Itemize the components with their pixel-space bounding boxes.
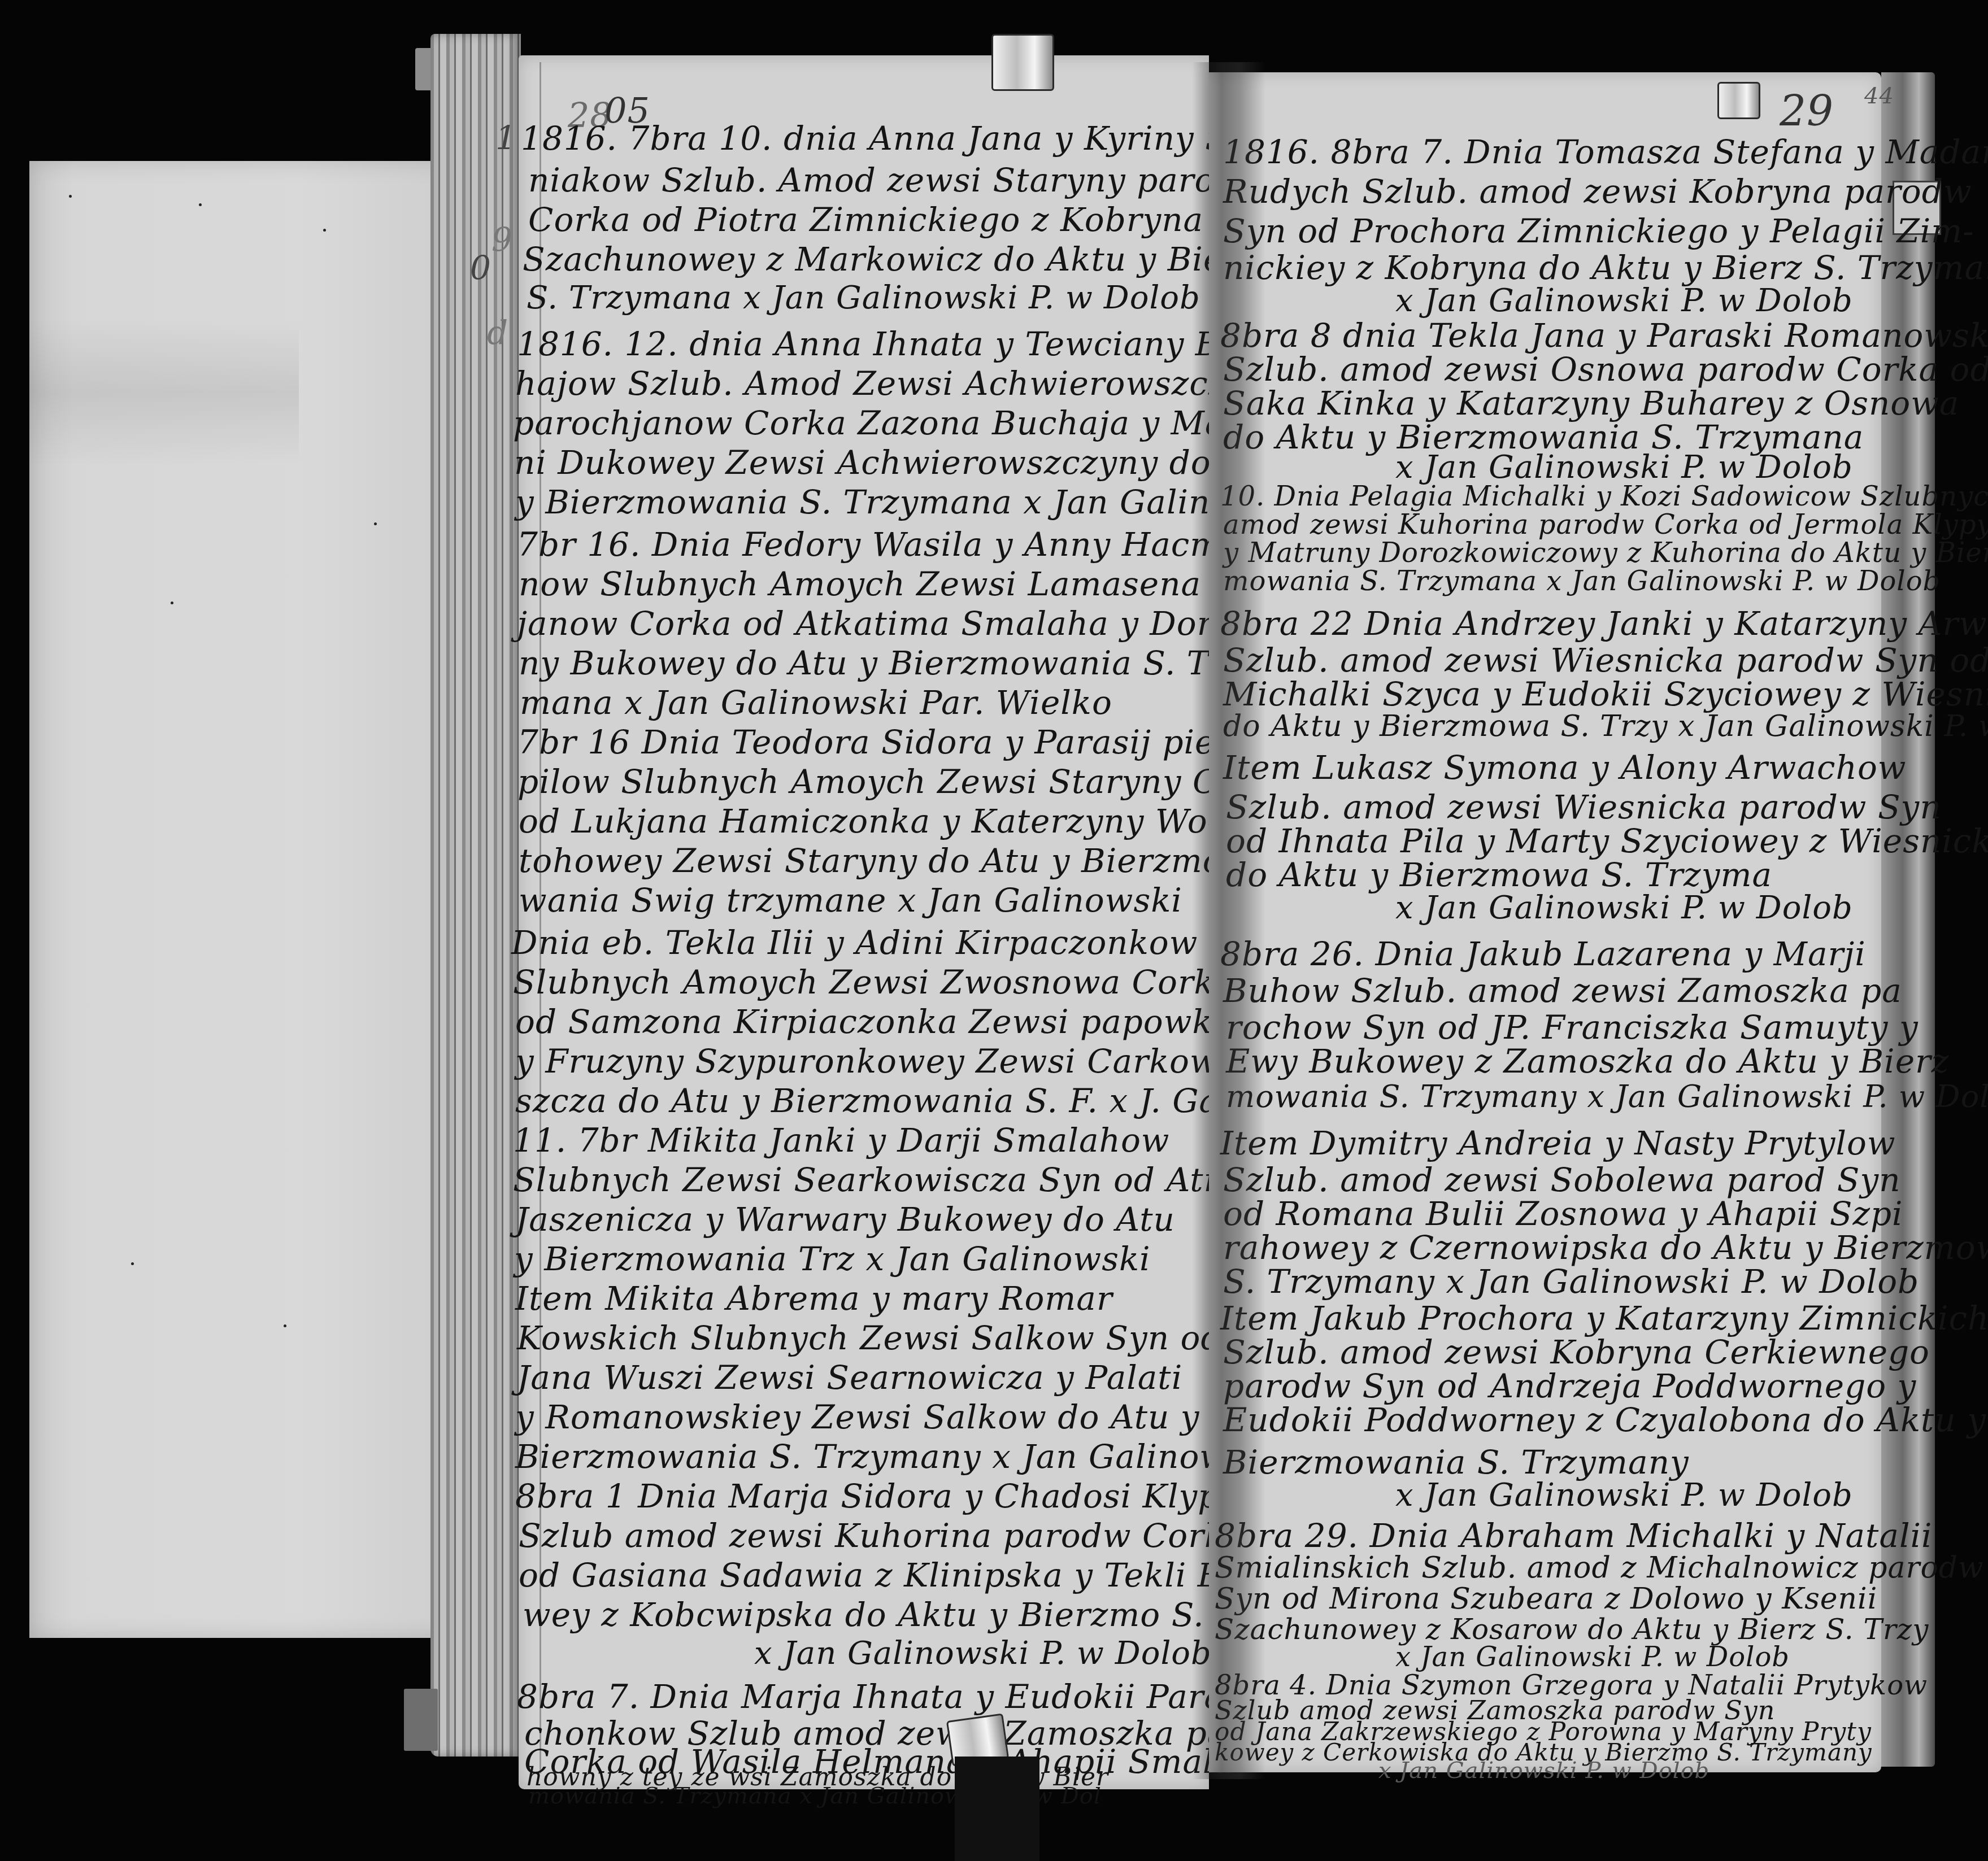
folio-ink-number: 29 <box>1780 90 1834 132</box>
text-line: Item Dymitry Andreia y Nasty Prytylow <box>1220 1127 1896 1160</box>
text-line: od Samzona Kirpiaczonka Zewsi papowki <box>515 1005 1224 1038</box>
text-line: Item Jakub Prochora y Katarzyny Zimnicki… <box>1220 1302 1988 1335</box>
text-line: Rudych Szlub. amod zewsi Kobryna parodw <box>1223 175 1972 208</box>
text-line: Szlub. amod zewsi Osnowa parodw Corka od <box>1223 353 1988 386</box>
text-line: Dnia eb. Tekla Ilii y Adini Kirpaczonkow <box>511 926 1198 959</box>
text-line: janow Corka od Atkatima Smalaha y Dom <box>517 607 1229 640</box>
text-line: 8bra 7. Dnia Marja Ihnata y Eudokii Para <box>517 1680 1224 1713</box>
blank-loose-slip <box>29 161 478 1638</box>
text-line: 7br 16 Dnia Teodora Sidora y Parasij pie <box>517 726 1215 759</box>
text-line: x Jan Galinowski P. w Dolob <box>1395 1644 1790 1671</box>
text-line: niakow Szlub. Amod zewsi Staryny parodw <box>528 164 1265 197</box>
text-line: Eudokii Poddworney z Czyalobona do Aktu … <box>1223 1404 1986 1436</box>
paper-speck <box>199 203 202 206</box>
text-line: Saka Kinka y Katarzyny Buharey z Osnowa <box>1223 387 1959 420</box>
margin-mark: 9 <box>491 223 513 256</box>
text-line: x Jan Galinowski P. w Dolob <box>1395 285 1853 317</box>
text-line: Szachunowey z Kosarow do Aktu y Bierz S.… <box>1215 1615 1929 1644</box>
metal-clip-icon <box>1717 82 1760 119</box>
text-line: od Lukjana Hamiczonka y Katerzyny Wo- <box>519 805 1219 838</box>
text-line: x Jan Galinowski P. w Dolob <box>1395 1480 1853 1511</box>
text-line: 11. 7br Mikita Janki y Darji Smalahow <box>513 1124 1169 1157</box>
text-line: szcza do Atu y Bierzmowania S. F. x J. G… <box>515 1084 1241 1117</box>
text-line: Jaszenicza y Warwary Bukowey do Atu <box>515 1203 1175 1236</box>
text-line: mana x Jan Galinowski Par. Wielko <box>520 686 1112 719</box>
text-line: wania Swig trzymane x Jan Galinowski <box>519 884 1182 917</box>
folio-corner-number: 44 <box>1864 85 1894 107</box>
text-line: Bierzmowania S. Trzymany x Jan Galinow <box>515 1440 1228 1473</box>
torn-edge-fragment <box>404 1689 438 1751</box>
text-line: y Fruzyny Szypuronkowey Zewsi Carkowi <box>515 1045 1229 1078</box>
text-line: 8bra 1 Dnia Marja Sidora y Chadosi Klype… <box>515 1480 1268 1513</box>
text-line: Szlub. amod zewsi Sobolewa parod Syn <box>1223 1163 1901 1196</box>
text-line: 8bra 29. Dnia Abraham Michalki y Natalii <box>1215 1519 1933 1552</box>
text-line: 8bra 22 Dnia Andrzey Janki y Katarzyny A… <box>1220 607 1988 640</box>
text-line: rahowey z Czernowipska do Aktu y Bierzmo… <box>1223 1231 1988 1264</box>
metal-clip-icon <box>991 34 1054 91</box>
text-line: y Matruny Dorozkowiczowy z Kuhorina do A… <box>1223 539 1988 566</box>
text-line: Szlub. amod zewsi Kobryna Cerkiewnego <box>1223 1336 1930 1368</box>
text-line: Syn od Prochora Zimnickiego y Pelagii Zi… <box>1223 215 1974 247</box>
paper-speck <box>323 229 326 232</box>
page-edge-stack <box>430 34 521 1757</box>
paper-speck <box>69 195 72 198</box>
text-line: parodw Syn od Andrzeja Poddwornego y <box>1223 1370 1916 1402</box>
text-line: Buhow Szlub. amod zewsi Zamoszka pa <box>1223 974 1902 1007</box>
text-line: 1816. 8bra 7. Dnia Tomasza Stefana y Mad… <box>1223 136 1988 168</box>
text-line: parochjanow Corka Zazona Buchaja y Mata <box>513 407 1259 439</box>
margin-mark: 1 <box>495 121 517 154</box>
paper-speck <box>131 1262 134 1265</box>
text-line: 7br 16. Dnia Fedory Wasila y Anny Hacma <box>517 528 1242 561</box>
text-line: Slubnych Zewsi Searkowiscza Syn od Atrej… <box>513 1163 1271 1196</box>
text-line: amod zewsi Kuhorina parodw Corka od Jerm… <box>1223 511 1988 538</box>
text-line: 1816. 12. dnia Anna Ihnata y Tewciany Bu… <box>517 328 1253 360</box>
text-line: ny Bukowey do Atu y Bierzmowania S. Trzy <box>519 647 1263 679</box>
margin-mark: 0 <box>470 251 491 284</box>
text-line: do Aktu y Bierzmowa S. Trzyma <box>1226 858 1772 891</box>
text-line: 1816. 7bra 10. dnia Anna Jana y Kyriny S… <box>521 122 1251 155</box>
paper-speck <box>374 522 377 525</box>
text-line: od Ihnata Pila y Marty Szyciowey z Wiesn… <box>1226 825 1988 857</box>
text-line: rochow Syn od JP. Franciszka Samuyty y <box>1226 1011 1919 1044</box>
text-line: ni Dukowey Zewsi Achwierowszczyny do Akt… <box>514 446 1302 479</box>
margin-mark: d <box>487 316 508 349</box>
text-line: x Jan Galinowski P. w Dolob <box>1395 452 1853 483</box>
text-line: y Bierzmowania S. Trzymana x Jan Galinsk… <box>515 486 1259 518</box>
clip-shadow <box>955 1757 1039 1861</box>
text-line: pilow Slubnych Amoych Zewsi Staryny Cork… <box>517 765 1295 798</box>
text-line: x Jan Galinowski P. w Dolob <box>754 1638 1212 1670</box>
book-gutter <box>1192 62 1265 1779</box>
text-line: Szlub amod zewsi Kuhorina parodw Corka <box>519 1519 1245 1552</box>
paper-speck <box>284 1324 286 1327</box>
text-line: y Bierzmowania Trz x Jan Galinowski <box>514 1243 1151 1275</box>
text-line: S. Trzymana x Jan Galinowski P. w Dolob <box>527 282 1200 314</box>
text-line: Item Mikita Abrema y mary Romar <box>515 1282 1113 1315</box>
text-line: Slubnych Amoych Zewsi Zwosnowa Corka <box>513 966 1234 999</box>
text-line: Smialinskich Szlub. amod z Michalnowicz … <box>1215 1553 1984 1583</box>
text-line: Bierzmowania S. Trzymany <box>1223 1446 1689 1479</box>
text-line: Szlub. amod zewsi Wiesnicka parodw Syn o… <box>1223 644 1988 677</box>
text-line: 8bra 8 dnia Tekla Jana y Paraski Romanow… <box>1220 319 1988 352</box>
text-line: Szlub. amod zewsi Wiesnicka parodw Syn <box>1226 791 1942 823</box>
text-line: mowania S. Trzymany x Jan Galinowski P. … <box>1226 1082 1988 1112</box>
text-line: 10. Dnia Pelagia Michalki y Kozi Sadowic… <box>1220 483 1988 510</box>
text-line: nickiey z Kobryna do Aktu y Bierz S. Trz… <box>1223 251 1988 284</box>
text-line: tohowey Zewsi Staryny do Atu y Bierzmo <box>519 844 1223 877</box>
text-line: x Jan Galinowski P. w Dolob <box>1378 1759 1709 1782</box>
text-line: Syn od Mirona Szubeara z Dolowo y Ksenii <box>1215 1584 1877 1614</box>
text-line: Kowskich Slubnych Zewsi Salkow Syn od <box>517 1322 1223 1354</box>
text-line: Item Lukasz Symona y Alony Arwachow <box>1223 751 1906 784</box>
text-line: Ewy Bukowey z Zamoszka do Aktu y Bierz <box>1226 1045 1949 1078</box>
text-line: x Jan Galinowski P. w Dolob <box>1395 892 1853 924</box>
text-line: y Romanowskiey Zewsi Salkow do Atu y <box>515 1401 1200 1433</box>
text-line: S. Trzymany x Jan Galinowski P. w Dolob <box>1223 1265 1919 1298</box>
text-line: mowania S. Trzymana x Jan Galinowski P. … <box>1223 568 1941 595</box>
text-line: do Aktu y Bierzmowa S. Trzy x Jan Galino… <box>1223 712 1988 741</box>
text-line: hajow Szlub. Amod Zewsi Achwierowszczyny <box>515 367 1286 400</box>
text-line: Jana Wuszi Zewsi Searnowicza y Palati <box>517 1361 1182 1394</box>
text-line: od Romana Bulii Zosnowa y Ahapii Szpi <box>1223 1197 1903 1230</box>
text-line: Michalki Szyca y Eudokii Szyciowey z Wie… <box>1223 678 1988 711</box>
paper-speck <box>171 602 173 604</box>
text-line: 8bra 26. Dnia Jakub Lazarena y Marji <box>1220 938 1866 970</box>
